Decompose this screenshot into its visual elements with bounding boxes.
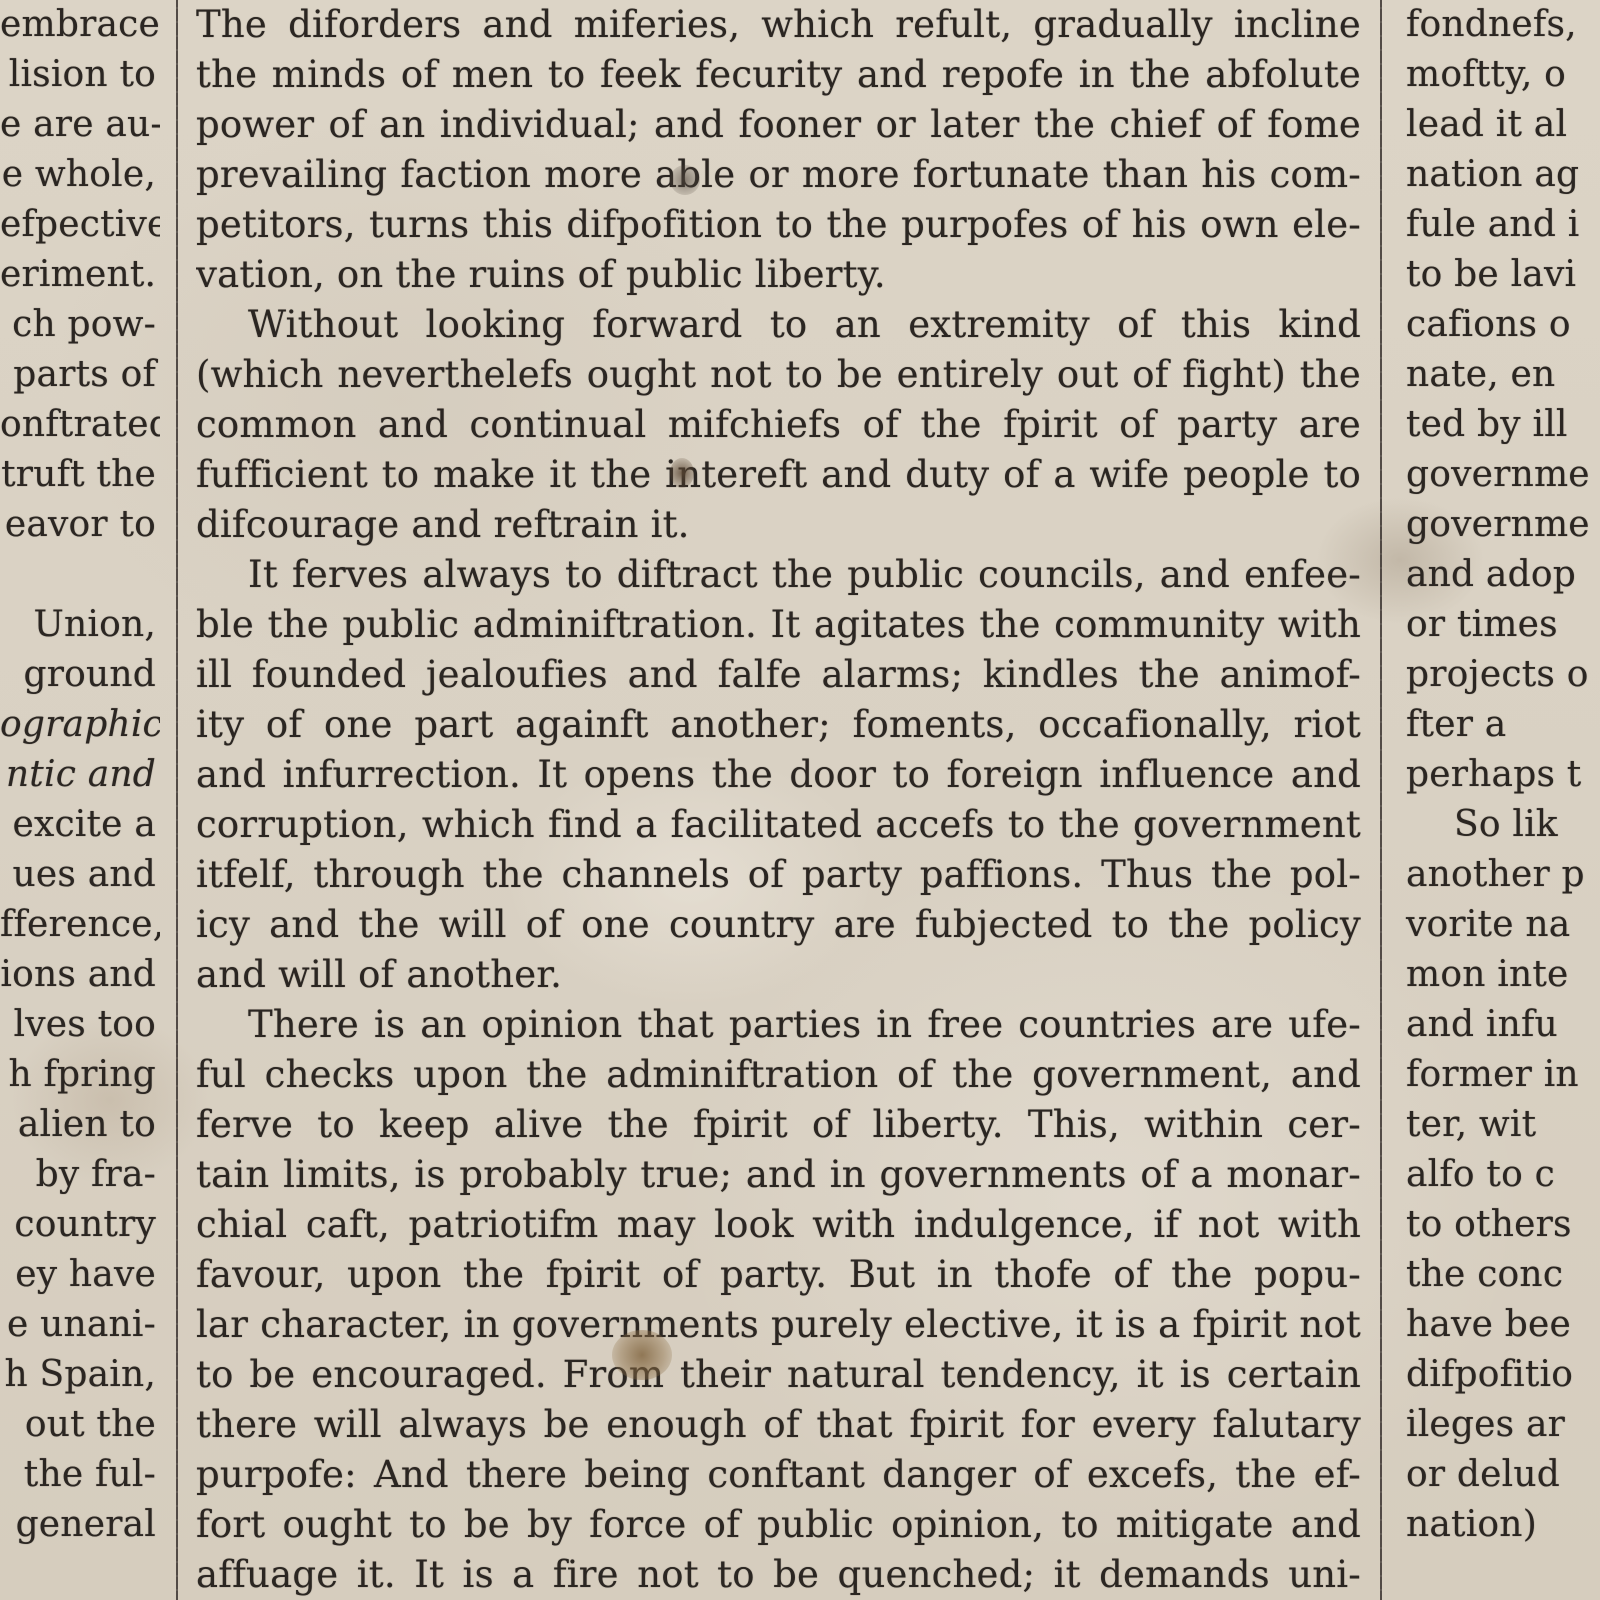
text-line: e whole,: [0, 150, 156, 200]
text-line: moftty, o: [1406, 50, 1566, 100]
text-line: efpective: [0, 200, 156, 250]
text-line: h fpring: [0, 1050, 156, 1100]
text-line: itfelf, through the channels of party pa…: [196, 850, 1361, 900]
text-line: fter a: [1406, 700, 1506, 750]
text-line: vorite na: [1406, 900, 1570, 950]
text-line: common and continual mifchiefs of the fp…: [196, 400, 1361, 450]
text-line: lar character, in governments purely ele…: [196, 1300, 1361, 1350]
text-line: onftrated: [0, 400, 156, 450]
text-line: h Spain,: [0, 1350, 156, 1400]
text-line: vation, on the ruins of public liberty.: [196, 250, 1361, 300]
text-line: ions and: [0, 950, 156, 1000]
text-line: to be lavi: [1406, 250, 1576, 300]
text-line: and infu: [1406, 1000, 1558, 1050]
text-line: to others: [1406, 1200, 1572, 1250]
text-line: fule and i: [1406, 200, 1579, 250]
text-line: another p: [1406, 850, 1585, 900]
scanned-page: embracelision toe are au-e whole,efpecti…: [0, 0, 1600, 1600]
text-line: or times: [1406, 600, 1558, 650]
text-line: e are au-: [0, 100, 156, 150]
text-line: governme: [1406, 500, 1590, 550]
text-line: the conc: [1406, 1250, 1563, 1300]
text-line: (which neverthelefs ought not to be enti…: [196, 350, 1361, 400]
text-line: perhaps t: [1406, 750, 1581, 800]
text-line: affuage it. It is a fire not to be quenc…: [196, 1550, 1361, 1600]
text-line: purpofe: And there being conftant danger…: [196, 1450, 1361, 1500]
text-line: fort ought to be by force of public opin…: [196, 1500, 1361, 1550]
text-line: tain limits, is probably true; and in go…: [196, 1150, 1361, 1200]
text-line: Union,: [0, 600, 156, 650]
text-line: difcourage and reftrain it.: [196, 500, 1361, 550]
text-line: [0, 550, 156, 600]
text-line: chial caft, patriotifm may look with ind…: [196, 1200, 1361, 1250]
text-line: lision to: [0, 50, 156, 100]
main-text-column: The diforders and miferies, which refult…: [196, 0, 1361, 1600]
text-line: ter, wit: [1406, 1100, 1536, 1150]
text-line: and will of another.: [196, 950, 1361, 1000]
text-line: truft the: [0, 450, 156, 500]
text-line: or delud: [1406, 1450, 1560, 1500]
text-line: power of an individual; and fooner or la…: [196, 100, 1361, 150]
text-line: ographic: [0, 700, 156, 750]
text-line: projects o: [1406, 650, 1589, 700]
text-line: country: [0, 1200, 156, 1250]
left-column-fragment: embracelision toe are au-e whole,efpecti…: [0, 0, 160, 1600]
text-line: eriment.: [0, 250, 156, 300]
text-line: ch pow-: [0, 300, 156, 350]
text-line: ity of one part againft another; foments…: [196, 700, 1361, 750]
text-line: ill founded jealoufies and falfe alarms;…: [196, 650, 1361, 700]
text-line: governme: [1406, 450, 1590, 500]
text-line: excite a: [0, 800, 156, 850]
text-line: and adop: [1406, 550, 1576, 600]
text-line: ntic and: [0, 750, 156, 800]
column-rule-right: [1380, 0, 1382, 1600]
text-line: to be encouraged. From their natural ten…: [196, 1350, 1361, 1400]
text-line: difpofitio: [1406, 1350, 1573, 1400]
column-rule-left: [176, 0, 178, 1600]
text-line: eavor to: [0, 500, 156, 550]
text-line: general: [0, 1500, 156, 1550]
text-line: embrace: [0, 0, 156, 50]
text-line: lead it al: [1406, 100, 1567, 150]
text-line: favour, upon the fpirit of party. But in…: [196, 1250, 1361, 1300]
text-line: ground: [0, 650, 156, 700]
text-line: by fra-: [0, 1150, 156, 1200]
text-line: former in: [1406, 1050, 1579, 1100]
text-line: fondnefs,: [1406, 0, 1577, 50]
text-line: corruption, which find a facilitated acc…: [196, 800, 1361, 850]
text-line: have bee: [1406, 1300, 1571, 1350]
paragraph-first-line: Without looking forward to an extremity …: [196, 300, 1361, 350]
text-line: ileges ar: [1406, 1400, 1565, 1450]
text-line: nation): [1406, 1500, 1537, 1550]
text-line: alfo to c: [1406, 1150, 1555, 1200]
text-line: ferve to keep alive the fpirit of libert…: [196, 1100, 1361, 1150]
text-line: e unani-: [0, 1300, 156, 1350]
text-line: ted by ill: [1406, 400, 1568, 450]
text-line: ble the public adminiftration. It agitat…: [196, 600, 1361, 650]
paragraph-first-line: It ferves always to diftract the public …: [196, 550, 1361, 600]
text-line: parts of: [0, 350, 156, 400]
text-line: the minds of men to feek fecurity and re…: [196, 50, 1361, 100]
text-line: the ful-: [0, 1450, 156, 1500]
paragraph-first-line: There is an opinion that parties in free…: [196, 1000, 1361, 1050]
text-line: cafions o: [1406, 300, 1571, 350]
text-line: mon inte: [1406, 950, 1569, 1000]
text-line: out the: [0, 1400, 156, 1450]
text-line: icy and the will of one country are fubj…: [196, 900, 1361, 950]
right-column-fragment: fondnefs,moftty, olead it alnation agful…: [1400, 0, 1600, 1600]
text-line: there will always be enough of that fpir…: [196, 1400, 1361, 1450]
text-line: The diforders and miferies, which refult…: [196, 0, 1361, 50]
text-line: and infurrection. It opens the door to f…: [196, 750, 1361, 800]
text-line: fference,: [0, 900, 156, 950]
text-line: lves too: [0, 1000, 156, 1050]
text-line: ues and: [0, 850, 156, 900]
text-line: petitors, turns this difpofition to the …: [196, 200, 1361, 250]
text-line: fufficient to make it the intereft and d…: [196, 450, 1361, 500]
text-line: ey have: [0, 1250, 156, 1300]
text-line: nation ag: [1406, 150, 1579, 200]
text-line: nate, en: [1406, 350, 1555, 400]
text-line: ful checks upon the adminiftration of th…: [196, 1050, 1361, 1100]
text-line: So lik: [1406, 800, 1558, 850]
text-line: alien to: [0, 1100, 156, 1150]
text-line: prevailing faction more able or more for…: [196, 150, 1361, 200]
